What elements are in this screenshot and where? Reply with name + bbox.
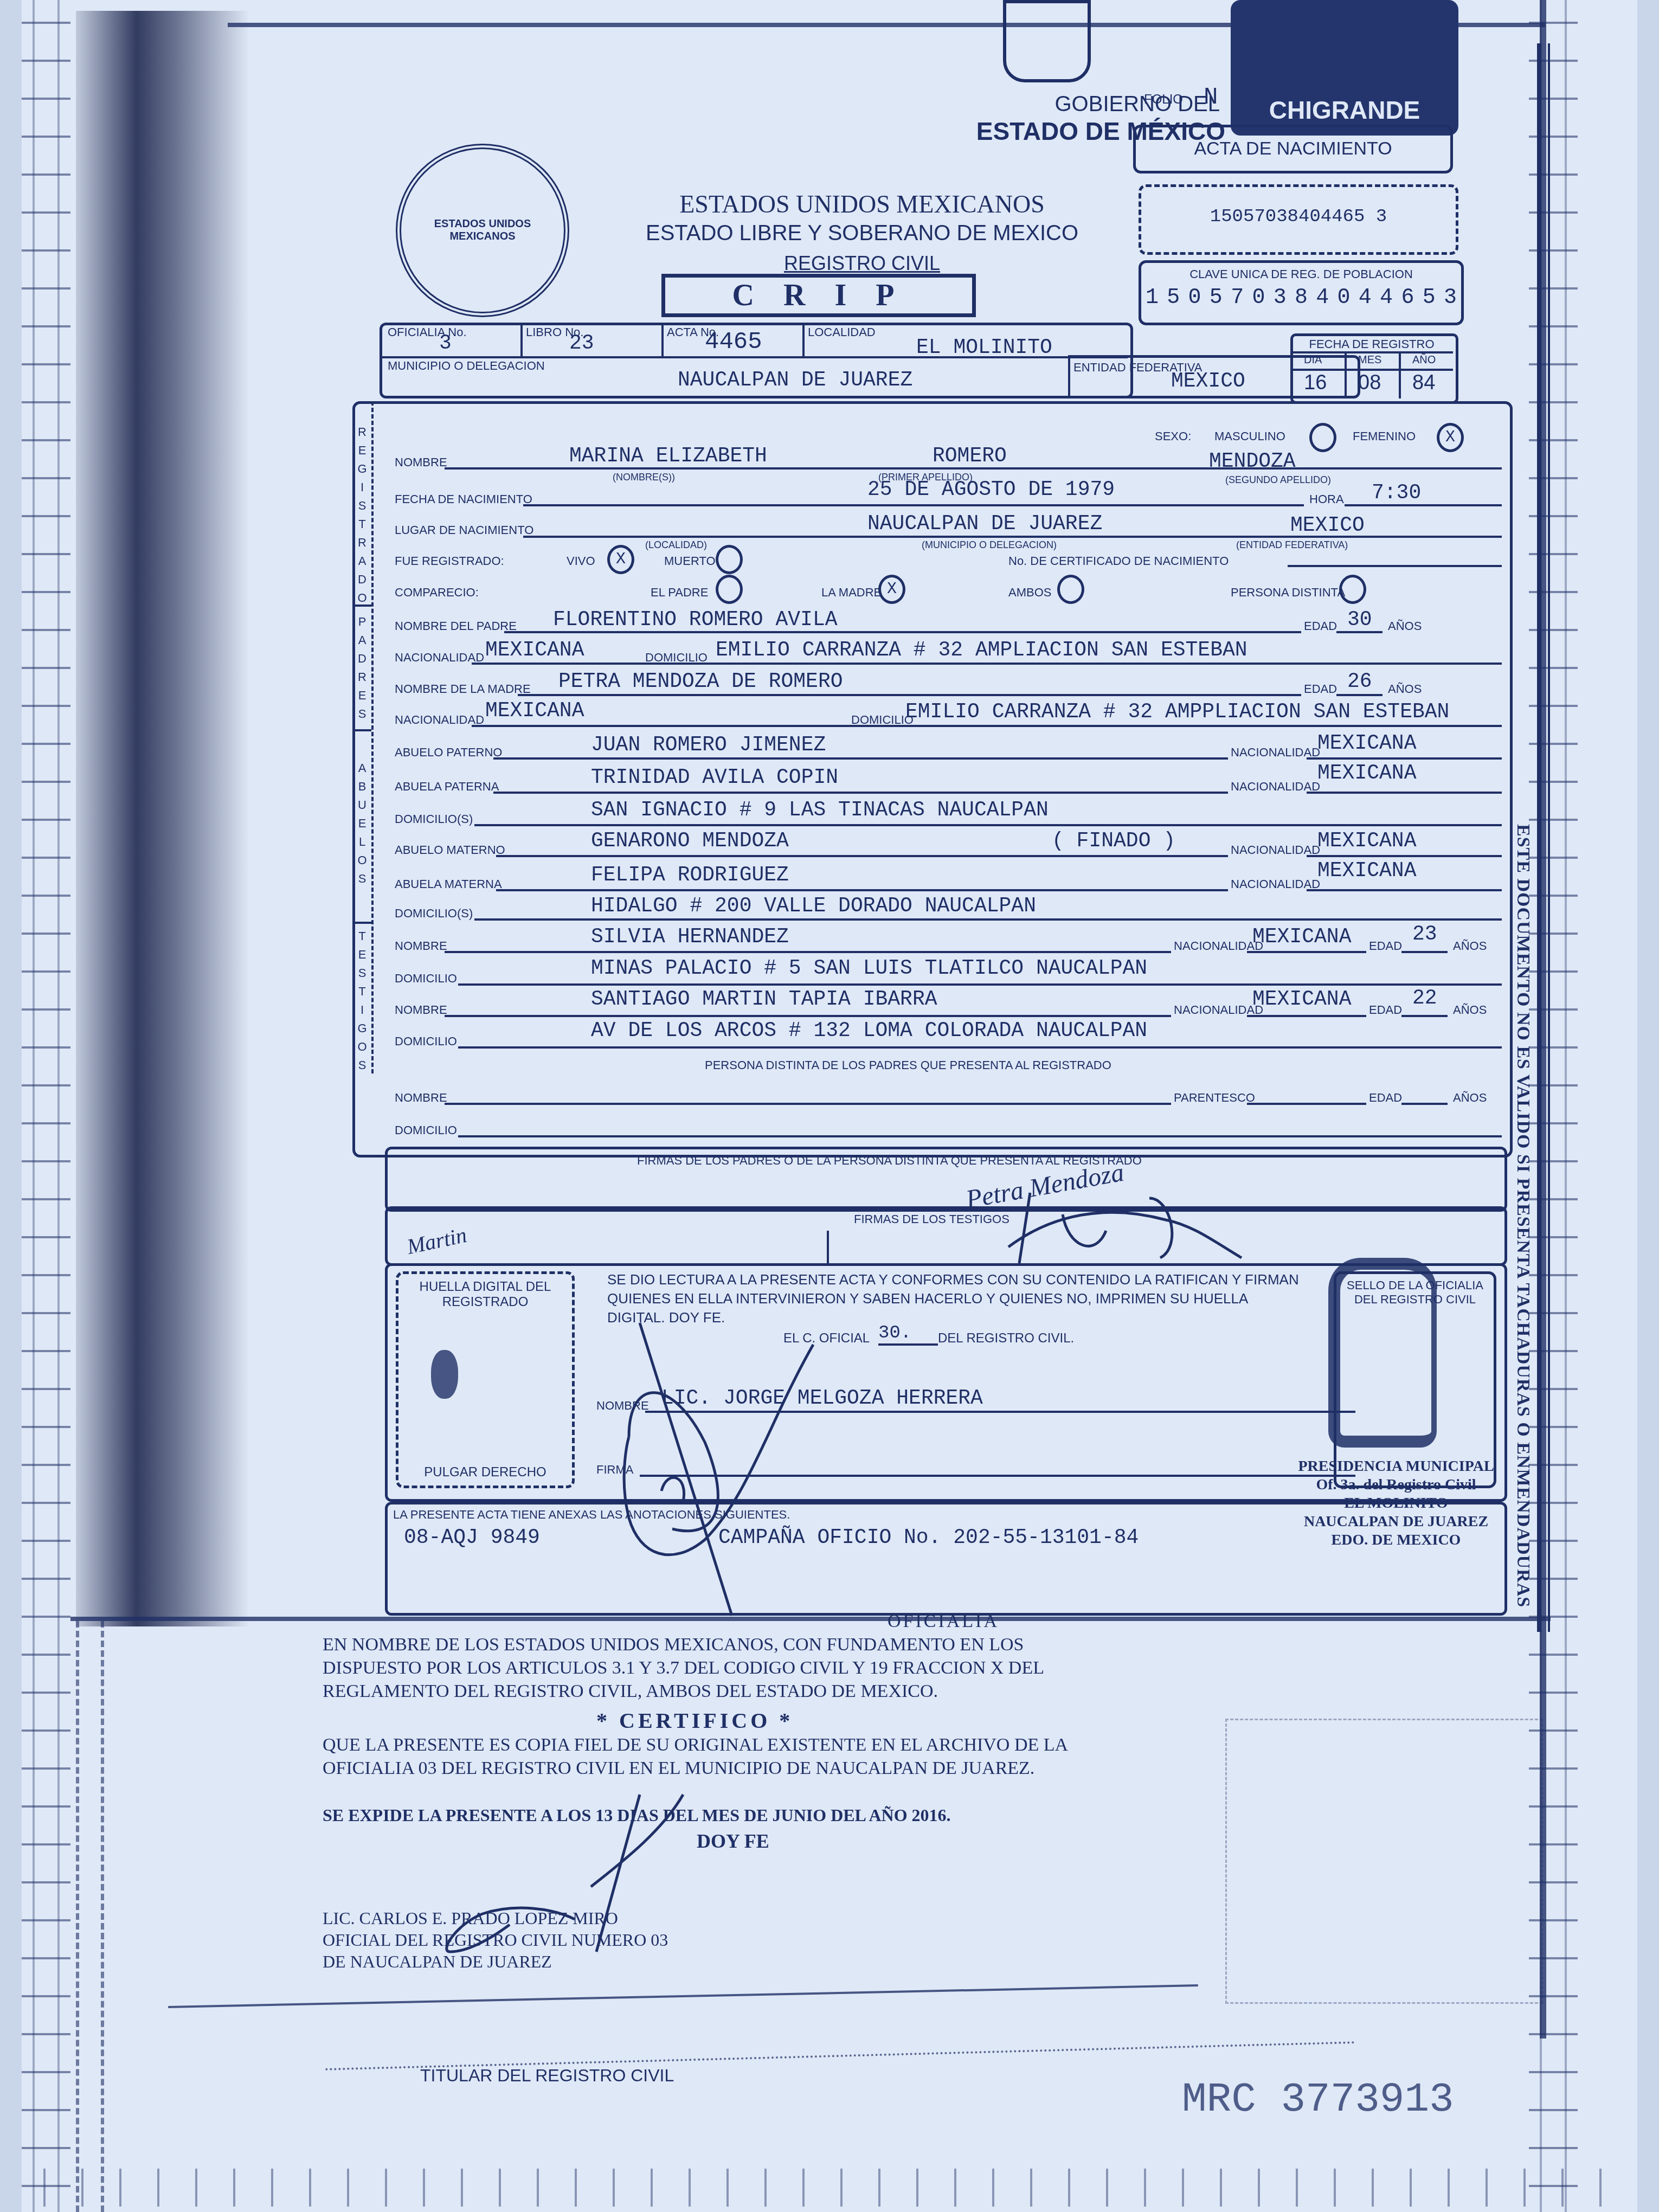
dia-value: 16 xyxy=(1304,371,1327,395)
document-type: ACTA DE NACIMIENTO xyxy=(1136,138,1450,159)
cert-paragraph-3: REGLAMENTO DEL REGISTRO CIVIL, AMBOS DEL… xyxy=(323,1681,938,1702)
certification-top-rule xyxy=(70,1617,1551,1621)
document-type-box: ACTA DE NACIMIENTO xyxy=(1133,125,1453,173)
madre-nacionalidad-label: NACIONALIDAD xyxy=(395,713,484,727)
section-letter: L xyxy=(354,833,370,851)
divider xyxy=(520,323,523,356)
section-letter: S xyxy=(354,497,370,515)
fue-registrado-label: FUE REGISTRADO: xyxy=(395,554,504,568)
abuelo-materno-label: ABUELO MATERNO xyxy=(395,843,505,857)
curp-digit: 1 xyxy=(1146,286,1159,310)
nacionalidad-line xyxy=(1307,792,1502,794)
lectura-line-1: SE DIO LECTURA A LA PRESENTE ACTA Y CONF… xyxy=(607,1271,1299,1288)
entidad-caption: (ENTIDAD FEDERATIVA) xyxy=(1236,539,1348,551)
domicilio-line xyxy=(474,918,1502,921)
padre-domicilio-label: DOMICILIO xyxy=(645,651,708,665)
la-madre-label: LA MADRE xyxy=(821,586,882,600)
section-letter: T xyxy=(354,515,370,533)
section-letter: R xyxy=(354,423,370,441)
testigo2-edad-label: EDAD xyxy=(1369,1003,1402,1017)
abuela-paterna-nacionalidad-value: MEXICANA xyxy=(1317,762,1416,785)
certificado-label: No. DE CERTIFICADO DE NACIMIENTO xyxy=(1008,554,1229,568)
cert-paragraph-5: OFICIALIA 03 DEL REGISTRO CIVIL EN EL MU… xyxy=(323,1758,1034,1779)
anotaciones-code: 08-AQJ 9849 xyxy=(404,1526,540,1549)
nacionalidad-line xyxy=(1307,855,1502,857)
abuelo-materno-note: ( FINADO ) xyxy=(1052,829,1175,853)
section-testigos-letters: TESTIGOS xyxy=(354,927,370,1075)
ano-value: 84 xyxy=(1412,371,1435,395)
section-letter: T xyxy=(354,927,370,946)
titular-label: TITULAR DEL REGISTRO CIVIL xyxy=(420,2066,674,2086)
fingerprint-icon xyxy=(431,1350,458,1399)
el-padre-radio[interactable] xyxy=(716,575,743,604)
divider xyxy=(1399,351,1401,398)
testigo2-nombre-value: SANTIAGO MARTIN TAPIA IBARRA xyxy=(591,988,937,1011)
ano-label: AÑO xyxy=(1412,354,1436,366)
abuelo-materno-nacionalidad-value: MEXICANA xyxy=(1317,829,1416,853)
divider xyxy=(827,1231,829,1263)
muerto-radio[interactable] xyxy=(716,545,743,574)
section-letter: I xyxy=(354,478,370,497)
oficialia-value: 3 xyxy=(439,332,452,355)
padre-anos-label: AÑOS xyxy=(1388,619,1422,633)
maternos-domicilio-label: DOMICILIO(S) xyxy=(395,906,473,921)
abuela-materna-nacionalidad-value: MEXICANA xyxy=(1317,859,1416,883)
section-letter: G xyxy=(354,1019,370,1038)
curp-digit: 6 xyxy=(1401,286,1414,310)
cert-paragraph-2: DISPUESTO POR LOS ARTICULOS 3.1 Y 3.7 DE… xyxy=(323,1658,1044,1679)
curp-digit: 7 xyxy=(1231,286,1244,310)
section-letter: E xyxy=(354,814,370,833)
stamp-line: Of. 3a. del Registro Civil xyxy=(1269,1476,1523,1494)
madre-edad-line xyxy=(1336,694,1382,696)
testigo2-line xyxy=(445,1015,1171,1017)
fecha-nacimiento-label: FECHA DE NACIMIENTO xyxy=(395,492,532,506)
segundo-apellido-value: MENDOZA xyxy=(1209,450,1296,473)
oficialia-label: OFICIALIA No. xyxy=(388,325,467,339)
ornamental-border-left xyxy=(22,0,70,2212)
lugar-entidad-value: MEXICO xyxy=(1290,514,1365,537)
section-letter: U xyxy=(354,796,370,814)
localidad-caption: (LOCALIDAD) xyxy=(645,539,707,551)
libro-value: 23 xyxy=(569,332,594,355)
madre-nacionalidad-value: MEXICANA xyxy=(485,699,584,723)
la-madre-radio-checked[interactable]: X xyxy=(878,575,905,604)
hora-line xyxy=(1345,504,1502,506)
curp-digit: 5 xyxy=(1167,286,1180,310)
femenino-radio-checked[interactable]: X xyxy=(1437,423,1464,452)
curp-digit: 3 xyxy=(1274,286,1287,310)
curp-digit: 8 xyxy=(1295,286,1308,310)
muerto-label: MUERTO xyxy=(664,554,716,568)
signer-name: LIC. CARLOS E. PRADO LOPEZ MIRO xyxy=(323,1908,618,1928)
padre-edad-label: EDAD xyxy=(1304,619,1337,633)
oficialia-seal-icon xyxy=(1328,1258,1437,1448)
section-letter: B xyxy=(354,777,370,796)
curp-label: CLAVE UNICA DE REG. DE POBLACION xyxy=(1141,267,1461,281)
section-letter: A xyxy=(354,759,370,777)
testigo1-nacionalidad-value: MEXICANA xyxy=(1252,925,1351,949)
parentesco-line xyxy=(1247,1103,1366,1105)
title-state: ESTADO LIBRE Y SOBERANO DE MEXICO xyxy=(564,221,1160,246)
madre-line xyxy=(518,694,1301,696)
right-frame-line xyxy=(1548,43,1550,1632)
section-letter: I xyxy=(354,1001,370,1019)
section-letter: E xyxy=(354,441,370,460)
madre-domicilio-label: DOMICILIO xyxy=(851,713,914,727)
madre-domicilio-value: EMILIO CARRANZA # 32 AMPPLIACION SAN EST… xyxy=(905,700,1449,724)
mexican-eagle-seal-icon: ESTADOS UNIDOS MEXICANOS xyxy=(396,144,569,317)
hora-value: 7:30 xyxy=(1372,481,1421,505)
padre-edad-value: 30 xyxy=(1347,608,1372,632)
lugar-municipio-value: NAUCALPAN DE JUAREZ xyxy=(867,512,1102,536)
madre-edad-label: EDAD xyxy=(1304,682,1337,696)
persona-nombre-label: NOMBRE xyxy=(395,1091,447,1105)
localidad-value: EL MOLINITO xyxy=(916,336,1052,359)
testigo2-nombre-label: NOMBRE xyxy=(395,1003,447,1017)
persona-edad-label: EDAD xyxy=(1369,1091,1402,1105)
section-letter: T xyxy=(354,982,370,1001)
testigo1-nombre-value: SILVIA HERNANDEZ xyxy=(591,925,789,949)
persona-distinta-label: PERSONA DISTINTA xyxy=(1231,586,1345,600)
cert-paragraph-1: EN NOMBRE DE LOS ESTADOS UNIDOS MEXICANO… xyxy=(323,1635,1024,1655)
fecha-nacimiento-value: 25 DE AGOSTO DE 1979 xyxy=(867,478,1115,501)
municipio-label: MUNICIPIO O DELEGACION xyxy=(388,359,545,373)
paternos-domicilio-label: DOMICILIO(S) xyxy=(395,812,473,826)
persona-nombre-line xyxy=(445,1103,1171,1105)
testigo1-edad-value: 23 xyxy=(1412,923,1437,946)
domicilio-line xyxy=(474,824,1502,826)
section-letter: P xyxy=(354,613,370,631)
padre-nacionalidad-line xyxy=(472,663,1502,665)
section-letter: D xyxy=(354,650,370,668)
section-letter: E xyxy=(354,686,370,705)
section-abuelos-letters: ABUELOS xyxy=(354,759,370,888)
section-letter: S xyxy=(354,964,370,982)
abuelo-paterno-label: ABUELO PATERNO xyxy=(395,745,502,760)
vivo-radio-checked[interactable]: X xyxy=(607,545,634,574)
crip-title: C R I P xyxy=(661,274,976,317)
nombres-value: MARINA ELIZABETH xyxy=(569,445,767,468)
stamp-text: CHIGRANDE xyxy=(1269,95,1420,125)
divider xyxy=(1345,351,1347,398)
lugar-label: LUGAR DE NACIMIENTO xyxy=(395,523,533,537)
stamp-line: PRESIDENCIA MUNICIPAL xyxy=(1269,1457,1523,1476)
oficial-number-line xyxy=(878,1343,938,1346)
government-line-1: GOBIERNO DEL xyxy=(916,92,1220,117)
comparecio-label: COMPARECIO: xyxy=(395,586,479,600)
lectura-line-2: QUIENES EN ELLA INTERVINIERON Y SABEN HA… xyxy=(607,1290,1248,1307)
anotaciones-campaign: CAMPAÑA OFICIO No. 202-55-13101-84 xyxy=(718,1526,1139,1549)
curp-box: CLAVE UNICA DE REG. DE POBLACION 1505703… xyxy=(1139,260,1464,325)
domicilio-line xyxy=(458,983,1502,986)
persona-distinta-radio[interactable] xyxy=(1339,575,1366,604)
anotaciones-box: LA PRESENTE ACTA TIENE ANEXAS LAS ANOTAC… xyxy=(385,1502,1507,1616)
oficial-number: 30. xyxy=(878,1323,911,1343)
certificado-line xyxy=(1288,565,1502,567)
padre-label: NOMBRE DEL PADRE xyxy=(395,619,517,633)
section-registrado-letters: REGISTRADO xyxy=(354,423,370,607)
section-letter: A xyxy=(354,552,370,570)
abuela-materna-value: FELIPA RODRIGUEZ xyxy=(591,864,789,887)
section-letter: S xyxy=(354,1056,370,1075)
crip-number: 15057038404465 3 xyxy=(1141,207,1456,227)
persona-distinta-heading: PERSONA DISTINTA DE LOS PADRES QUE PRESE… xyxy=(705,1058,1111,1072)
persona-anos-label: AÑOS xyxy=(1453,1091,1487,1105)
section-letter: O xyxy=(354,851,370,870)
signer-title: OFICIAL DEL REGISTRO CIVIL NUMERO 03 xyxy=(323,1930,668,1950)
border-ornament-bottom-left xyxy=(76,1621,104,2212)
testigo1-edad-label: EDAD xyxy=(1369,939,1402,953)
title-country: ESTADOS UNIDOS MEXICANOS xyxy=(564,190,1160,218)
curp-digit: 0 xyxy=(1252,286,1265,310)
section-padres-letters: PADRES xyxy=(354,613,370,723)
maternos-domicilio-value: HIDALGO # 200 VALLE DORADO NAUCALPAN xyxy=(591,895,1036,918)
faded-stamp-area xyxy=(1225,1719,1543,2004)
abuelo-paterno-nacionalidad-value: MEXICANA xyxy=(1317,732,1416,755)
edad-line xyxy=(1401,1103,1448,1105)
abuelo-materno-line xyxy=(496,855,1228,857)
padre-domicilio-value: EMILIO CARRANZA # 32 AMPLIACION SAN ESTE… xyxy=(716,639,1248,662)
entidad-value: MEXICO xyxy=(1171,370,1245,393)
padre-nacionalidad-label: NACIONALIDAD xyxy=(395,651,484,665)
curp-digit: 3 xyxy=(1444,286,1457,310)
testigo2-domicilio-label: DOMICILIO xyxy=(395,1034,457,1049)
stamp-chigrande: CHIGRANDE xyxy=(1231,0,1458,136)
mes-label: MES xyxy=(1358,354,1381,366)
curp-digit: 5 xyxy=(1423,286,1436,310)
curp-digits: 150570384044653 xyxy=(1146,286,1457,310)
curp-digit: 4 xyxy=(1359,286,1372,310)
oficialia-footer: OFICIALIA xyxy=(385,1611,1502,1632)
oficial-suffix: DEL REGISTRO CIVIL. xyxy=(938,1331,1074,1346)
state-coat-of-arms-icon xyxy=(1003,0,1091,82)
municipio-caption: (MUNICIPIO O DELEGACION) xyxy=(922,539,1057,551)
vivo-label: VIVO xyxy=(567,554,595,568)
section-divider xyxy=(354,922,371,924)
testigo1-nombre-label: NOMBRE xyxy=(395,939,447,953)
madre-value: PETRA MENDOZA DE ROMERO xyxy=(558,670,843,693)
serial-number: MRC 3773913 xyxy=(1182,2076,1454,2123)
curp-digit: 0 xyxy=(1338,286,1351,310)
signer-place: DE NAUCALPAN DE JUAREZ xyxy=(323,1952,552,1972)
ornamental-border-bottom xyxy=(22,2169,1637,2207)
testigo1-domicilio-value: MINAS PALACIO # 5 SAN LUIS TLATILCO NAUC… xyxy=(591,957,1147,980)
nacionalidad-line xyxy=(1307,757,1502,760)
mes-value: 08 xyxy=(1358,371,1381,395)
paternos-domicilio-value: SAN IGNACIO # 9 LAS TINACAS NAUCALPAN xyxy=(591,799,1049,822)
ambos-radio[interactable] xyxy=(1057,575,1084,604)
section-letter: A xyxy=(354,631,370,650)
segundo-apellido-caption: (SEGUNDO APELLIDO) xyxy=(1225,474,1331,486)
masculino-label: MASCULINO xyxy=(1214,429,1285,443)
madre-anos-label: AÑOS xyxy=(1388,682,1422,696)
section-letter: O xyxy=(354,1038,370,1056)
huella-label: HUELLA DIGITAL DEL REGISTRADO xyxy=(404,1279,567,1310)
page-edge-line xyxy=(1540,0,1546,2039)
crip-number-box: 15057038404465 3 xyxy=(1139,184,1458,255)
section-letter: S xyxy=(354,870,370,888)
abuelo-paterno-line xyxy=(493,757,1228,760)
abuela-paterna-value: TRINIDAD AVILA COPIN xyxy=(591,766,838,789)
firmas-padres-box: FIRMAS DE LOS PADRES O DE LA PERSONA DIS… xyxy=(385,1147,1507,1212)
fecha-line xyxy=(523,504,1304,506)
dia-label: DIA xyxy=(1304,354,1322,366)
abuelo-paterno-value: JUAN ROMERO JIMENEZ xyxy=(591,734,826,757)
ambos-label: AMBOS xyxy=(1008,586,1051,600)
sexo-label: SEXO: xyxy=(1155,429,1191,443)
acta-value: 4465 xyxy=(705,329,762,356)
parentesco-label: PARENTESCO xyxy=(1174,1091,1255,1105)
madre-edad-value: 26 xyxy=(1347,670,1372,693)
madre-nacionalidad-line xyxy=(472,725,1502,727)
domicilio-line xyxy=(458,1046,1502,1049)
edad-line xyxy=(1401,951,1448,953)
photocopy-shadow xyxy=(76,11,249,1626)
primer-apellido-value: ROMERO xyxy=(933,445,1007,468)
section-letter: D xyxy=(354,570,370,589)
testigo1-domicilio-label: DOMICILIO xyxy=(395,972,457,986)
signature-testigo-scribble xyxy=(987,1182,1290,1274)
section-letter: R xyxy=(354,533,370,552)
firmas-padres-heading: FIRMAS DE LOS PADRES O DE LA PERSONA DIS… xyxy=(637,1154,1142,1168)
testigo2-nacionalidad-value: MEXICANA xyxy=(1252,988,1351,1011)
section-divider xyxy=(354,729,371,731)
abuela-materna-label: ABUELA MATERNA xyxy=(395,877,502,891)
nombres-caption: (NOMBRE(S)) xyxy=(613,472,675,483)
nacionalidad-line xyxy=(1307,889,1502,891)
curp-digit: 4 xyxy=(1316,286,1329,310)
section-letter: S xyxy=(354,705,370,723)
hora-label: HORA xyxy=(1309,492,1344,506)
firmas-testigos-box: FIRMAS DE LOS TESTIGOS xyxy=(385,1206,1507,1266)
divider xyxy=(1290,369,1453,371)
testigo2-edad-value: 22 xyxy=(1412,987,1437,1010)
title-registry: REGISTRO CIVIL xyxy=(564,252,1160,275)
curp-digit: 0 xyxy=(1188,286,1201,310)
curp-digit: 5 xyxy=(1210,286,1223,310)
testigo2-anos-label: AÑOS xyxy=(1453,1003,1487,1017)
huella-box: HUELLA DIGITAL DEL REGISTRADO PULGAR DER… xyxy=(396,1271,575,1488)
pulgar-label: PULGAR DERECHO xyxy=(404,1465,567,1480)
divider xyxy=(802,323,805,356)
el-padre-label: EL PADRE xyxy=(651,586,708,600)
divider xyxy=(1290,351,1453,353)
certificate-form: CHIGRANDE FOLIO N GOBIERNO DEL ESTADO DE… xyxy=(228,22,1545,1621)
anotaciones-label: LA PRESENTE ACTA TIENE ANEXAS LAS ANOTAC… xyxy=(393,1508,790,1522)
edad-line xyxy=(1401,1015,1448,1017)
seal-text: ESTADOS UNIDOS MEXICANOS xyxy=(428,218,537,243)
cert-paragraph-4: QUE LA PRESENTE ES COPIA FIEL DE SU ORIG… xyxy=(323,1735,1068,1756)
nacionalidad-line xyxy=(1247,951,1366,953)
persona-domicilio-label: DOMICILIO xyxy=(395,1123,457,1137)
abuelo-materno-value: GENARONO MENDOZA xyxy=(591,829,789,853)
abuela-paterna-line xyxy=(493,792,1228,794)
nacionalidad-line xyxy=(1247,1015,1366,1017)
madre-label: NOMBRE DE LA MADRE xyxy=(395,682,531,696)
padre-value: FLORENTINO ROMERO AVILA xyxy=(553,608,838,632)
firmas-testigos-heading: FIRMAS DE LOS TESTIGOS xyxy=(854,1212,1009,1226)
section-letter: R xyxy=(354,668,370,686)
testigo1-anos-label: AÑOS xyxy=(1453,939,1487,953)
section-letter: E xyxy=(354,946,370,964)
certifico-heading: * CERTIFICO * xyxy=(596,1708,793,1733)
masculino-radio[interactable] xyxy=(1309,423,1336,452)
section-divider xyxy=(354,605,371,607)
divider xyxy=(661,323,664,356)
localidad-label: LOCALIDAD xyxy=(808,325,876,339)
testigo1-line xyxy=(445,951,1171,953)
testigo2-domicilio-value: AV DE LOS ARCOS # 132 LOMA COLORADA NAUC… xyxy=(591,1019,1147,1043)
curp-digit: 4 xyxy=(1380,286,1393,310)
validity-side-note: ESTE DOCUMENTO NO ES VALIDO SI PRESENTA … xyxy=(1513,824,1533,1594)
abuela-paterna-label: ABUELA PATERNA xyxy=(395,780,499,794)
section-letter: G xyxy=(354,460,370,478)
padre-nacionalidad-value: MEXICANA xyxy=(485,639,584,662)
fecha-registro-label: FECHA DE REGISTRO xyxy=(1293,337,1450,351)
abuela-materna-line xyxy=(496,889,1228,891)
municipio-value: NAUCALPAN DE JUAREZ xyxy=(678,369,912,392)
nombre-label: NOMBRE xyxy=(395,455,447,470)
section-divider xyxy=(371,401,374,1073)
femenino-label: FEMENINO xyxy=(1353,429,1416,443)
persona-domicilio-line xyxy=(458,1135,1502,1137)
